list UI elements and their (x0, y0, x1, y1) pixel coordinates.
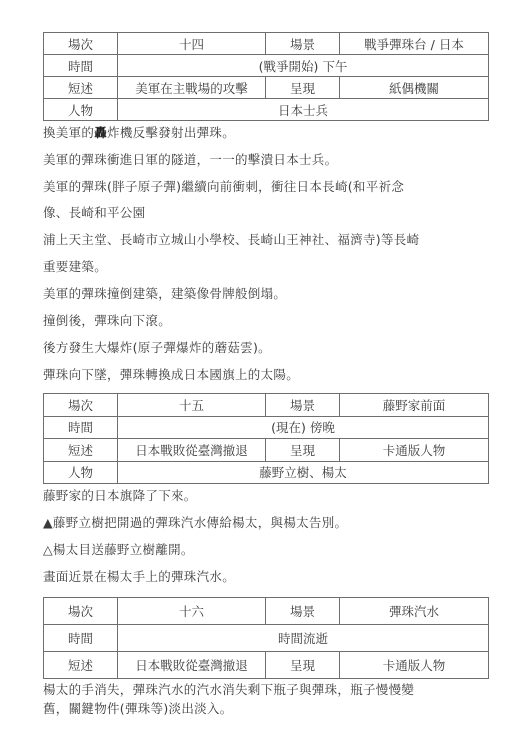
label-characters: 人物 (44, 99, 118, 121)
label-scene-no: 場次 (44, 598, 118, 625)
scene-15-line-4: 畫面近景在楊太手上的彈珠汽水。 (43, 569, 493, 585)
table-row: 短述 美軍在主戰場的攻擊 呈現 紙偶機關 (44, 77, 489, 99)
table-row: 時間 (現在) 傍晚 (44, 416, 489, 439)
scene-14-line-10: 彈珠向下墜，彈珠轉換成日本國旗上的太陽。 (43, 367, 493, 383)
label-summary: 短述 (44, 439, 118, 462)
label-scene-no: 場次 (44, 394, 118, 417)
scene-no: 十四 (118, 33, 266, 55)
table-row: 時間 (戰爭開始) 下午 (44, 55, 489, 77)
label-time: 時間 (44, 416, 118, 439)
scene-14-table: 場次 十四 場景 戰爭彈珠台 / 日本 時間 (戰爭開始) 下午 短述 美軍在主… (43, 32, 489, 121)
label-summary: 短述 (44, 652, 118, 679)
characters: 藤野立樹、楊太 (118, 461, 489, 484)
scene-14-line-5: 浦上天主堂、長崎市立城山小學校、長崎山王神社、福濟寺)等長崎 (43, 232, 493, 248)
presentation: 卡通版人物 (340, 652, 489, 679)
scene-16-table: 場次 十六 場景 彈珠汽水 時間 時間流逝 短述 日本戰敗從臺灣撤退 呈現 卡通… (43, 597, 489, 679)
table-row: 人物 藤野立樹、楊太 (44, 461, 489, 484)
table-row: 場次 十五 場景 藤野家前面 (44, 394, 489, 417)
scene-15-line-3: △楊太目送藤野立樹離開。 (43, 542, 493, 558)
table-row: 人物 日本士兵 (44, 99, 489, 121)
setting: 戰爭彈珠台 / 日本 (340, 33, 489, 55)
table-row: 短述 日本戰敗從臺灣撤退 呈現 卡通版人物 (44, 652, 489, 679)
text-segment: 換美軍的 (43, 125, 94, 140)
scene-no: 十六 (118, 598, 266, 625)
table-row: 時間 時間流逝 (44, 625, 489, 652)
scene-15-line-2: ▲藤野立樹把開過的彈珠汽水傳給楊太，與楊太告別。 (43, 515, 493, 531)
scene-14-line-7: 美軍的彈珠撞倒建築，建築像骨牌般倒塌。 (43, 286, 493, 302)
text-segment-bold: 轟 (94, 125, 107, 140)
presentation: 紙偶機關 (340, 77, 489, 99)
text-segment: 炸機反擊發射出彈珠。 (107, 125, 235, 140)
time: 時間流逝 (118, 625, 489, 652)
scene-14-line-9: 後方發生大爆炸(原子彈爆炸的蘑菇雲)。 (43, 340, 493, 356)
scene-14-line-4: 像、長崎和平公園 (43, 205, 493, 221)
scene-16-line-1: 楊太的手消失，彈珠汽水的汽水消失剩下瓶子與彈珠，瓶子慢慢變 (43, 682, 493, 698)
presentation: 卡通版人物 (340, 439, 489, 462)
label-presentation: 呈現 (266, 77, 340, 99)
scene-14-line-6: 重要建築。 (43, 259, 493, 275)
scene-16-line-2: 舊，關鍵物件(彈珠等)淡出淡入。 (43, 701, 493, 717)
label-presentation: 呈現 (266, 439, 340, 462)
scene-14-line-1: 換美軍的轟炸機反擊發射出彈珠。 (43, 125, 493, 141)
scene-14-line-8: 撞倒後，彈珠向下滾。 (43, 313, 493, 329)
label-setting: 場景 (266, 33, 340, 55)
time: (現在) 傍晚 (118, 416, 489, 439)
label-scene-no: 場次 (44, 33, 118, 55)
summary: 日本戰敗從臺灣撤退 (118, 439, 266, 462)
setting: 彈珠汽水 (340, 598, 489, 625)
label-presentation: 呈現 (266, 652, 340, 679)
scene-14-line-2: 美軍的彈珠衝進日軍的隧道，一一的擊潰日本士兵。 (43, 152, 493, 168)
label-setting: 場景 (266, 598, 340, 625)
label-setting: 場景 (266, 394, 340, 417)
characters: 日本士兵 (118, 99, 489, 121)
setting: 藤野家前面 (340, 394, 489, 417)
summary: 美軍在主戰場的攻擊 (118, 77, 266, 99)
label-time: 時間 (44, 625, 118, 652)
table-row: 場次 十四 場景 戰爭彈珠台 / 日本 (44, 33, 489, 55)
table-row: 短述 日本戰敗從臺灣撤退 呈現 卡通版人物 (44, 439, 489, 462)
label-characters: 人物 (44, 461, 118, 484)
scene-15-table: 場次 十五 場景 藤野家前面 時間 (現在) 傍晚 短述 日本戰敗從臺灣撤退 呈… (43, 393, 489, 484)
scene-14-line-3: 美軍的彈珠(胖子原子彈)繼續向前衝刺，衝往日本長崎(和平祈念 (43, 179, 493, 195)
time: (戰爭開始) 下午 (118, 55, 489, 77)
scene-15-line-1: 藤野家的日本旗降了下來。 (43, 488, 493, 504)
label-time: 時間 (44, 55, 118, 77)
table-row: 場次 十六 場景 彈珠汽水 (44, 598, 489, 625)
scene-no: 十五 (118, 394, 266, 417)
label-summary: 短述 (44, 77, 118, 99)
summary: 日本戰敗從臺灣撤退 (118, 652, 266, 679)
